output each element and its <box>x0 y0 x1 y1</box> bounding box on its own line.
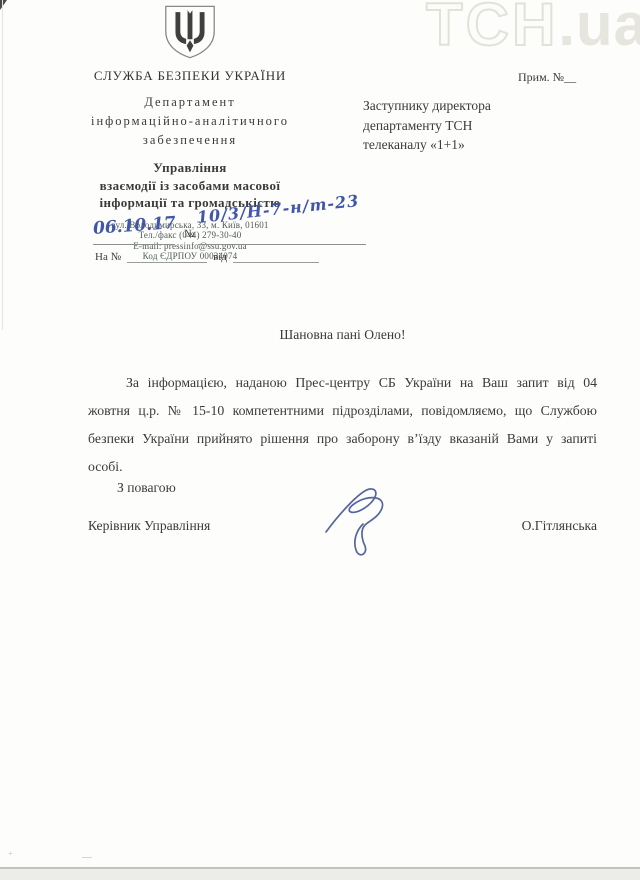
ref-number-blank <box>127 250 207 263</box>
outgoing-date-number-line: 06.10.17 № 10/3/Н-7-н/т-23 <box>93 216 383 252</box>
date-blank-line: 06.10.17 <box>93 216 175 245</box>
scanned-letter-page: + ТСН.ua СЛУЖБА БЕЗПЕКИ УКРАЇНИ Департам… <box>0 0 640 880</box>
body-paragraph: За інформацією, наданою Прес-центру СБ У… <box>88 369 597 481</box>
scan-speck <box>82 857 92 858</box>
scan-edge-line <box>2 0 3 330</box>
ref-number-label: На № <box>95 251 121 263</box>
recipient-line: телеканалу «1+1» <box>363 135 491 155</box>
ref-date-blank <box>233 250 319 263</box>
department-line: Департамент <box>58 93 322 112</box>
recipient-line: департаменту ТСН <box>363 116 491 136</box>
recipient-line: Заступнику директора <box>363 96 491 116</box>
ref-from-label: від <box>213 251 227 263</box>
closing-phrase: З повагою <box>117 480 176 496</box>
reference-line: На №від <box>95 250 319 263</box>
department-line: забезпечення <box>58 131 322 150</box>
tsn-ua-watermark: ТСН.ua <box>426 0 640 59</box>
number-sign-label: № <box>184 228 195 240</box>
scan-bottom-edge <box>0 867 640 880</box>
tryzub-emblem-icon <box>159 4 221 61</box>
watermark-ua-text: .ua <box>558 0 640 58</box>
scan-speck: + <box>8 852 12 856</box>
salutation: Шановна пані Олено! <box>88 327 597 343</box>
department-line: інформаційно-аналітичного <box>58 112 322 131</box>
department-name: Департамент інформаційно-аналітичного за… <box>58 93 322 150</box>
recipient-block: Заступнику директора департаменту ТСН те… <box>363 96 491 155</box>
number-blank-line: 10/3/Н-7-н/т-23 <box>198 208 366 245</box>
office-line: Управління <box>58 159 322 177</box>
signer-name: О.Гітлянська <box>88 518 597 534</box>
copy-number-note: Прим. №__ <box>518 70 576 85</box>
org-name: СЛУЖБА БЕЗПЕКИ УКРАЇНИ <box>58 68 322 84</box>
watermark-tsn-text: ТСН <box>426 0 558 58</box>
handwritten-date: 06.10.17 <box>92 213 176 239</box>
office-line: взаємодії із засобами масової <box>58 177 322 195</box>
